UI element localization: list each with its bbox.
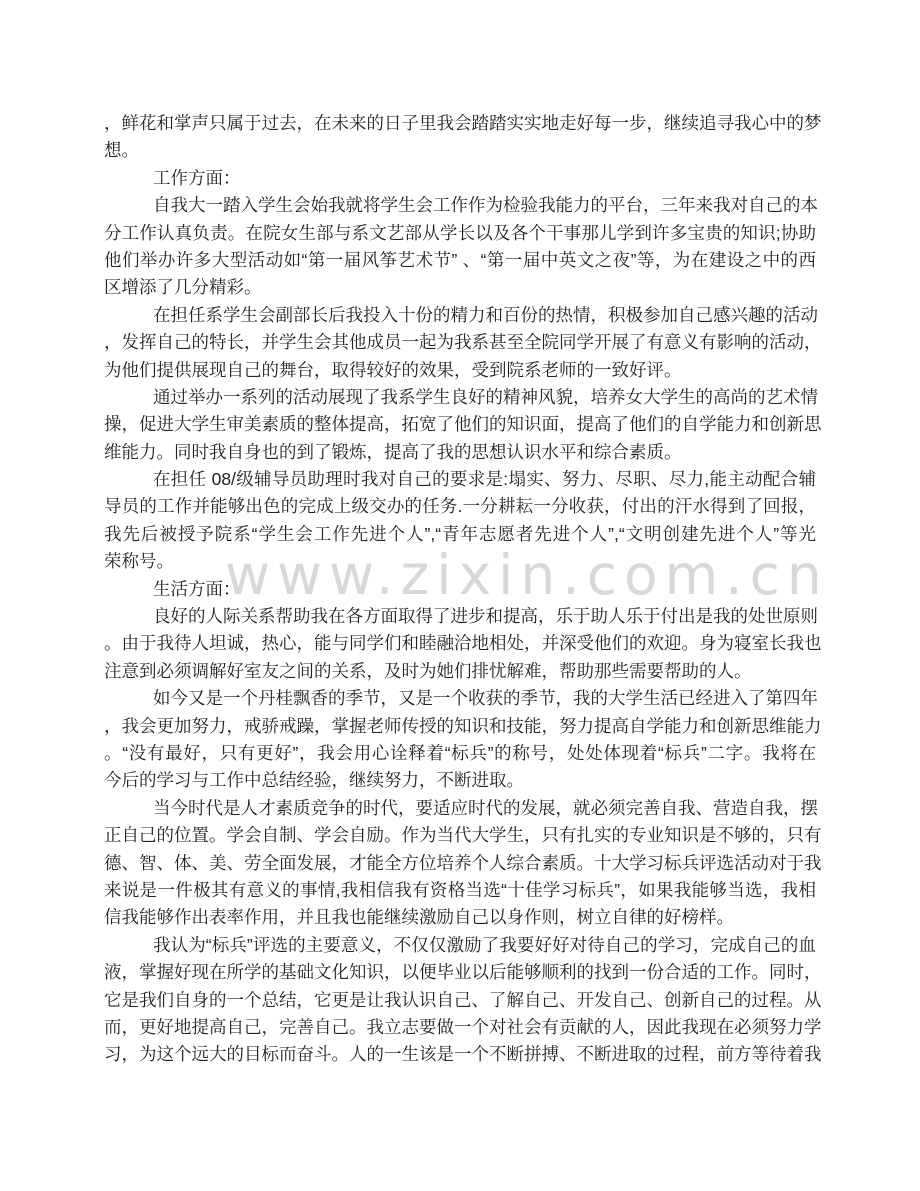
document-body: ，鲜花和掌声只属于过去，在未来的日子里我会踏踏实实地走好每一步，继续追寻我心中的…	[104, 110, 816, 1069]
text-line: 德、智、体、美、劳全面发展，才能全方位培养个人综合素质。十大学习标兵评选活动对于…	[104, 850, 816, 877]
text-line: 。“没有最好，只有更好”，我会用心诠释着“标兵”的称号，处处体现着“标兵”二字。…	[104, 740, 816, 767]
text-line: 通过举办一系列的活动展现了我系学生良好的精神风貌，培养女大学生的高尚的艺术情	[104, 384, 816, 411]
text-line: 。由于我待人坦诚，热心，能与同学们和睦融洽地相处，并深受他们的欢迎。身为寝室长我…	[104, 630, 816, 657]
section-heading: 生活方面：	[104, 576, 816, 603]
text-line: 操，促进大学生审美素质的整体提高，拓宽了他们的知识面，提高了他们的自学能力和创新…	[104, 411, 816, 438]
text-line: 分工作认真负责。在院女生部与系文艺部从学长以及各个干事那儿学到许多宝贵的知识;协…	[104, 220, 816, 247]
text-line: 正自己的位置。学会自制、学会自励。作为当代大学生，只有扎实的专业知识是不够的，只…	[104, 822, 816, 849]
text-line: 液，掌握好现在所学的基础文化知识，以便毕业以后能够顺利的找到一份合适的工作。同时…	[104, 959, 816, 986]
text-line: 区增添了几分精彩。	[104, 274, 816, 301]
text-line: ，鲜花和掌声只属于过去，在未来的日子里我会踏踏实实地走好每一步，继续追寻我心中的…	[104, 110, 816, 137]
text-line: 今后的学习与工作中总结经验，继续努力，不断进取。	[104, 767, 816, 794]
text-line: 当今时代是人才素质竞争的时代，要适应时代的发展，就必须完善自我、营造自我，摆	[104, 795, 816, 822]
document-page: www.zixin.com.cn ，鲜花和掌声只属于过去，在未来的日子里我会踏踏…	[0, 0, 920, 1191]
text-line: 习，为这个远大的目标而奋斗。人的一生该是一个不断拼搏、不断进取的过程，前方等待着…	[104, 1041, 816, 1068]
text-line: ，我会更加努力，戒骄戒躁，掌握老师传授的知识和技能，努力提高自学能力和创新思维能…	[104, 713, 816, 740]
text-line: 信我能够作出表率作用，并且我也能继续激励自己以身作则，树立自律的好榜样。	[104, 904, 816, 931]
text-line: 在担任系学生会副部长后我投入十份的精力和百份的热情，积极参加自己感兴趣的活动	[104, 302, 816, 329]
text-line: 为他们提供展现自己的舞台，取得较好的效果，受到院系老师的一致好评。	[104, 357, 816, 384]
text-line: 我先后被授予院系“学生会工作先进个人”,“青年志愿者先进个人”,“文明创建先进个…	[104, 521, 816, 548]
text-line: 维能力。同时我自身也的到了锻炼，提高了我的思想认识水平和综合素质。	[104, 439, 816, 466]
text-line: 注意到必须调解好室友之间的关系，及时为她们排忧解难，帮助那些需要帮助的人。	[104, 658, 816, 685]
text-line: 它是我们自身的一个总结，它更是让我认识自己、了解自己、开发自己、创新自己的过程。…	[104, 987, 816, 1014]
text-line: 他们举办许多大型活动如“第一届风筝艺术节” 、“第一届中英文之夜”等，为在建设之…	[104, 247, 816, 274]
text-line: 在担任 08/级辅导员助理时我对自己的要求是:塌实、努力、尽职、尽力,能主动配合…	[104, 466, 816, 493]
text-line: 良好的人际关系帮助我在各方面取得了进步和提高，乐于助人乐于付出是我的处世原则	[104, 603, 816, 630]
text-line: 自我大一踏入学生会始我就将学生会工作作为检验我能力的平台，三年来我对自己的本	[104, 192, 816, 219]
text-line: 导员的工作并能够出色的完成上级交办的任务.一分耕耘一分收获，付出的汗水得到了回报…	[104, 493, 816, 520]
text-line: 荣称号。	[104, 548, 816, 575]
text-line: 如今又是一个丹桂飘香的季节，又是一个收获的季节，我的大学生活已经进入了第四年	[104, 685, 816, 712]
text-line: ，发挥自己的特长，并学生会其他成员一起为我系甚至全院同学开展了有意义有影响的活动…	[104, 329, 816, 356]
text-line: 而，更好地提高自己，完善自己。我立志要做一个对社会有贡献的人，因此我现在必须努力…	[104, 1014, 816, 1041]
text-line: 想。	[104, 137, 816, 164]
section-heading: 工作方面：	[104, 165, 816, 192]
text-line: 来说是一件极其有意义的事情,我相信我有资格当选“十佳学习标兵”，如果我能够当选，…	[104, 877, 816, 904]
text-line: 我认为“标兵”评选的主要意义，不仅仅激励了我要好好对待自己的学习，完成自己的血	[104, 932, 816, 959]
